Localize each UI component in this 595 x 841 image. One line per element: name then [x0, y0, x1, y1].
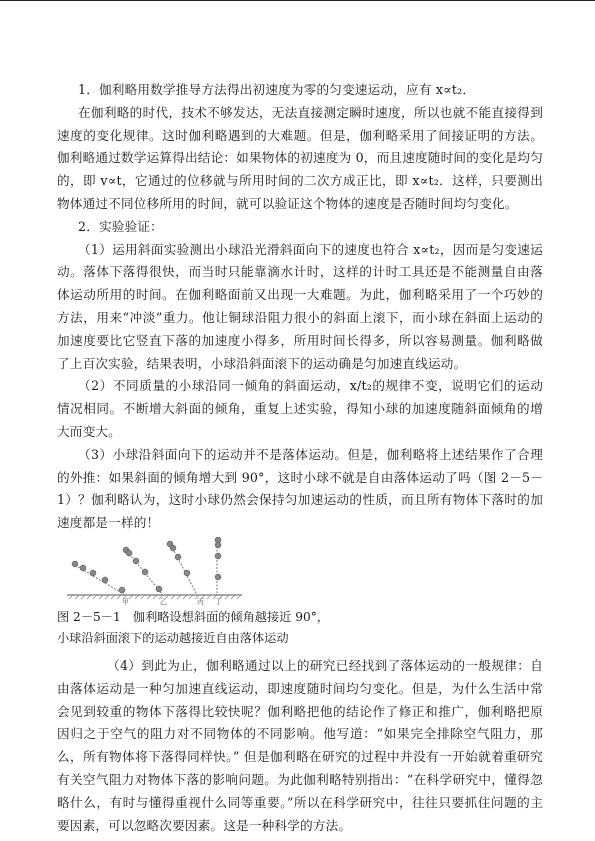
figure-caption-line-1: 图 2－5－1 伽利略设想斜面的倾角越接近 90°，	[57, 607, 543, 628]
figure-label-ding: 丁	[215, 597, 222, 607]
figure-label-jia: 甲	[122, 597, 129, 607]
paragraph-4: （1）运用斜面实验测出小球沿光滑斜面向下的速度也符合 x∝t₂，因而是匀变速运动…	[57, 239, 543, 376]
paragraph-7: （4）到此为止，伽利略通过以上的研究已经找到了落体运动的一般规律：自由落体运动是…	[57, 655, 543, 837]
document-page: 1．伽利略用数学推导方法得出初速度为零的匀变速运动，应有 x∝t₂． 在伽利略的…	[57, 79, 543, 837]
figure-label-yi: 乙	[160, 597, 167, 607]
page-top-border	[0, 0, 595, 1]
figure-caption-line-2: 小球沿斜面滚下的运动越接近自由落体运动	[57, 628, 543, 649]
paragraph-5: （2）不同质量的小球沿同一倾角的斜面运动，x/t₂的规律不变，说明它们的运动情况…	[57, 375, 543, 443]
paragraph-3-heading: 2．实验验证：	[57, 216, 543, 239]
inclined-plane-figure: 甲 乙 丙 丁	[57, 537, 247, 607]
paragraph-2: 在伽利略的时代，技术不够发达，无法直接测定瞬时速度，所以也就不能直接得到速度的变…	[57, 102, 543, 216]
figure-label-bing: 丙	[197, 597, 204, 607]
paragraph-1: 1．伽利略用数学推导方法得出初速度为零的匀变速运动，应有 x∝t₂．	[57, 79, 543, 102]
paragraph-6: （3）小球沿斜面向下的运动并不是落体运动。但是，伽利略将上述结果作了合理的外推：…	[57, 444, 543, 535]
